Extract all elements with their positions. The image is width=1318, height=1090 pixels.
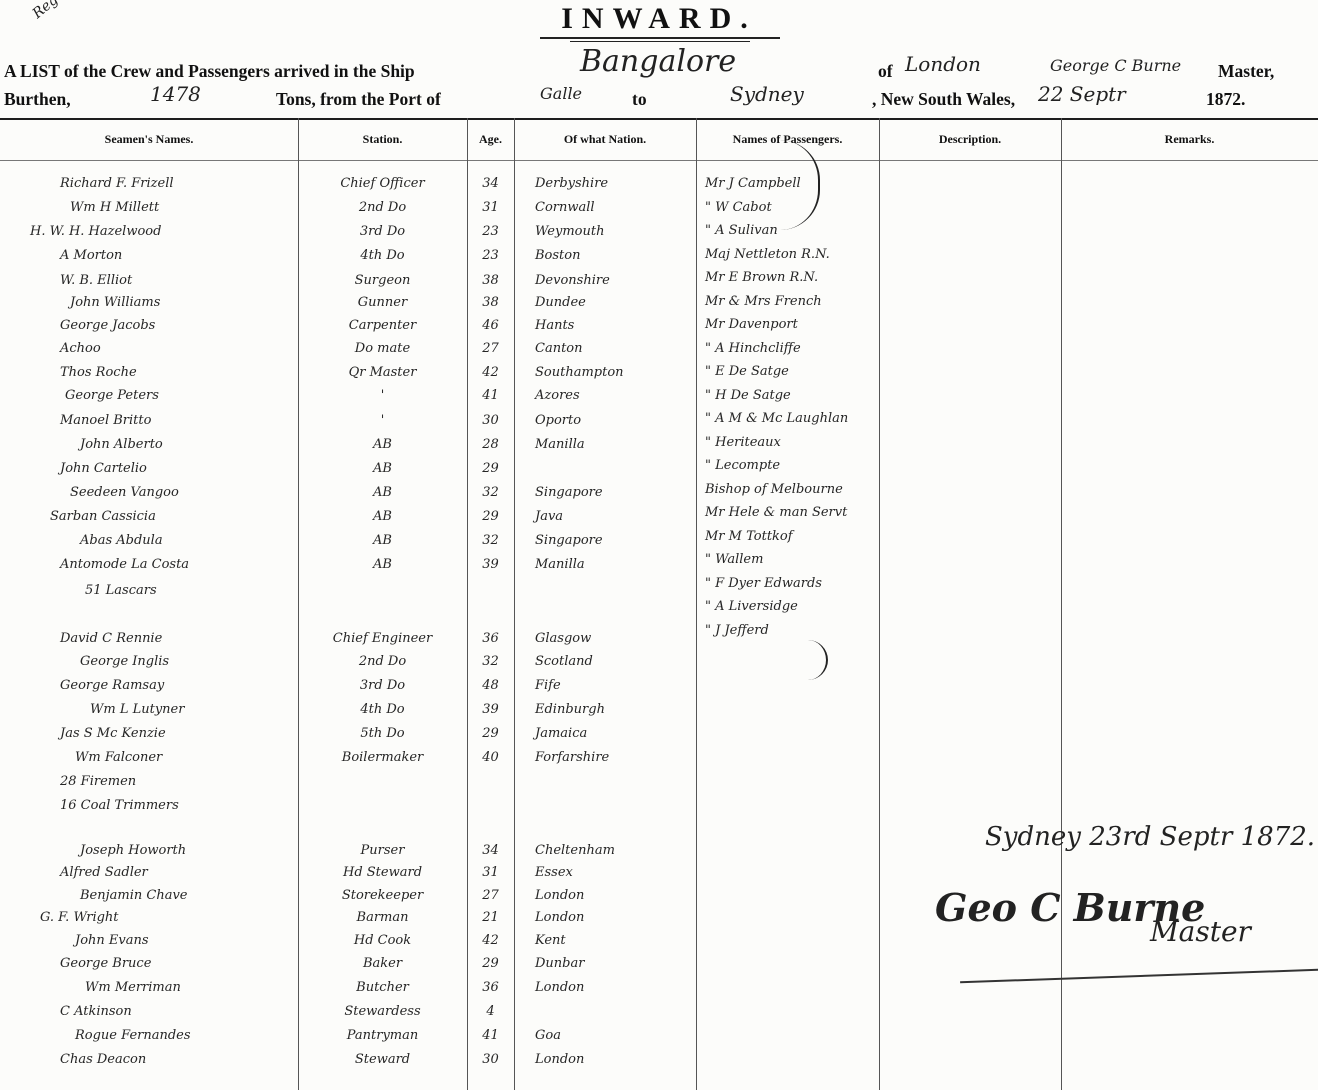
column-header-nation: Of what Nation. [514,132,696,147]
crew-station: Chief Officer [298,176,467,191]
passenger-name: " Wallem [705,552,763,567]
crew-nation: Edinburgh [535,702,605,717]
crew-nation: Glasgow [535,631,591,646]
crew-age: 29 [467,461,514,476]
crew-age: 41 [467,388,514,403]
column-header-seamen-names: Seamen's Names. [0,132,298,147]
crew-name: C Atkinson [60,1004,132,1019]
passenger-name: " E De Satge [705,364,789,379]
crew-nation: Azores [535,388,580,403]
crew-age: 34 [467,843,514,858]
crew-age: 32 [467,485,514,500]
passenger-bracket-mark [800,640,828,680]
crew-station: AB [298,533,467,548]
signature-place-date: Sydney 23rd Septr 1872. [985,822,1315,852]
crew-age: 38 [467,273,514,288]
tons-from-port-label: Tons, from the Port of [276,89,441,110]
column-divider [1061,118,1062,1090]
crew-nation: Dundee [535,295,586,310]
crew-age: 48 [467,678,514,693]
crew-station: Butcher [298,980,467,995]
crew-station: AB [298,485,467,500]
crew-station: Pantryman [298,1028,467,1043]
crew-nation: Scotland [535,654,593,669]
crew-nation: London [535,888,584,903]
column-divider [879,118,880,1090]
crew-station: 2nd Do [298,654,467,669]
crew-station: Gunner [298,295,467,310]
crew-nation: Jamaica [535,726,587,741]
master-name: George C Burne [1050,56,1181,75]
crew-name: Sarban Cassicia [50,509,156,524]
passenger-name: " F Dyer Edwards [705,576,822,591]
arrival-date: 22 Septr [1038,82,1126,106]
crew-name: Alfred Sadler [60,865,148,880]
crew-age: 39 [467,557,514,572]
crew-age: 38 [467,295,514,310]
column-header-station: Station. [298,132,467,147]
crew-name: 28 Firemen [60,774,136,789]
crew-nation: Weymouth [535,224,604,239]
crew-passenger-manifest: Reg 24 / 1863 INWARD. A LIST of the Crew… [0,0,1318,1090]
crew-nation: Fife [535,678,561,693]
crew-nation: Java [535,509,563,524]
passenger-name: Bishop of Melbourne [705,482,843,497]
crew-nation: London [535,910,584,925]
crew-age: 46 [467,318,514,333]
crew-nation: Derbyshire [535,176,608,191]
crew-name: W. B. Elliot [60,273,132,288]
table-top-rule [0,118,1318,120]
region-label: , New South Wales, [872,89,1015,110]
crew-age: 32 [467,654,514,669]
crew-name: Seedeen Vangoo [70,485,179,500]
crew-name: Antomode La Costa [60,557,189,572]
passenger-name: " A Liversidge [705,599,798,614]
crew-name: Wm L Lutyner [90,702,184,717]
crew-station: Carpenter [298,318,467,333]
burthen-label: Burthen, [4,89,71,110]
crew-nation: Southampton [535,365,624,380]
crew-name: George Ramsay [60,678,164,693]
crew-name: Abas Abdula [80,533,163,548]
crew-station: 5th Do [298,726,467,741]
crew-name: Chas Deacon [60,1052,146,1067]
crew-nation: Goa [535,1028,561,1043]
crew-nation: Kent [535,933,566,948]
crew-age: 23 [467,224,514,239]
crew-station: 2nd Do [298,200,467,215]
crew-name: Wm Merriman [85,980,181,995]
crew-station: Surgeon [298,273,467,288]
crew-name: 51 Lascars [85,583,157,598]
passenger-name: " A M & Mc Laughlan [705,411,848,426]
crew-name: George Peters [65,388,159,403]
crew-nation: Dunbar [535,956,584,971]
passenger-name: " J Jefferd [705,623,769,638]
crew-station: Stewardess [298,1004,467,1019]
crew-nation: Oporto [535,413,581,428]
crew-age: 31 [467,200,514,215]
crew-name: A Morton [60,248,122,263]
crew-age: 4 [467,1004,514,1019]
title-underline-thin [570,41,750,42]
crew-station: Purser [298,843,467,858]
crew-name: Wm Falconer [75,750,162,765]
crew-age: 34 [467,176,514,191]
crew-nation: Forfarshire [535,750,609,765]
crew-name: Richard F. Frizell [60,176,174,191]
passenger-name: " Lecompte [705,458,780,473]
departure-port: Galle [540,84,582,103]
crew-age: 32 [467,533,514,548]
passenger-name: Mr E Brown R.N. [705,270,818,285]
passenger-name: Mr M Tottkof [705,529,793,544]
crew-age: 40 [467,750,514,765]
master-label: Master, [1218,61,1274,82]
crew-station: Barman [298,910,467,925]
crew-age: 21 [467,910,514,925]
crew-station: Do mate [298,341,467,356]
destination-port: Sydney [730,82,804,106]
passenger-name: Maj Nettleton R.N. [705,247,830,262]
crew-age: 30 [467,1052,514,1067]
crew-station: AB [298,509,467,524]
home-port: London [905,52,981,76]
crew-station: AB [298,461,467,476]
crew-age: 30 [467,413,514,428]
crew-age: 28 [467,437,514,452]
crew-station: Hd Steward [298,865,467,880]
crew-station: 4th Do [298,248,467,263]
crew-age: 29 [467,956,514,971]
crew-name: Benjamin Chave [80,888,188,903]
crew-station: Boilermaker [298,750,467,765]
crew-name: John Cartelio [60,461,147,476]
crew-age: 27 [467,888,514,903]
crew-name: George Inglis [80,654,169,669]
crew-name: 16 Coal Trimmers [60,798,179,813]
crew-station: Baker [298,956,467,971]
crew-nation: Essex [535,865,573,880]
column-header-description: Description. [879,132,1061,147]
crew-nation: Boston [535,248,580,263]
crew-name: Joseph Howorth [80,843,186,858]
crew-name: Manoel Britto [60,413,151,428]
passenger-name: Mr & Mrs French [705,294,822,309]
crew-nation: Manilla [535,437,585,452]
crew-name: H. W. H. Hazelwood [30,224,161,239]
crew-name: Thos Roche [60,365,137,380]
crew-name: John Evans [75,933,149,948]
crew-age: 42 [467,365,514,380]
crew-station: Storekeeper [298,888,467,903]
crew-station: 3rd Do [298,678,467,693]
column-divider [696,118,697,1090]
crew-age: 36 [467,631,514,646]
crew-age: 41 [467,1028,514,1043]
passenger-name: Mr Hele & man Servt [705,505,847,520]
crew-station: ' [298,413,467,428]
column-header-age: Age. [467,132,514,147]
crew-name: Achoo [60,341,101,356]
arrival-year: 1872. [1206,89,1245,110]
passenger-name: " A Hinchcliffe [705,341,801,356]
crew-station: 3rd Do [298,224,467,239]
crew-name: David C Rennie [60,631,162,646]
crew-name: John Williams [70,295,160,310]
crew-station: Qr Master [298,365,467,380]
crew-age: 29 [467,726,514,741]
crew-name: Jas S Mc Kenzie [60,726,166,741]
crew-name: George Jacobs [60,318,155,333]
crew-age: 23 [467,248,514,263]
crew-nation: Cornwall [535,200,595,215]
crew-nation: London [535,980,584,995]
crew-nation: Singapore [535,533,603,548]
crew-station: Steward [298,1052,467,1067]
passenger-bracket-mark [760,140,820,230]
to-label: to [632,89,647,110]
crew-station: AB [298,437,467,452]
column-divider [514,118,515,1090]
crew-nation: Canton [535,341,583,356]
crew-nation: London [535,1052,584,1067]
crew-nation: Cheltenham [535,843,615,858]
crew-station: Hd Cook [298,933,467,948]
crew-name: George Bruce [60,956,151,971]
crew-age: 27 [467,341,514,356]
crew-age: 39 [467,702,514,717]
crew-station: ' [298,388,467,403]
crew-station: 4th Do [298,702,467,717]
passenger-name: " Heriteaux [705,435,781,450]
crew-nation: Singapore [535,485,603,500]
crew-name: Wm H Millett [70,200,159,215]
crew-name: John Alberto [80,437,163,452]
title-underline [540,37,780,39]
crew-name: G. F. Wright [40,910,119,925]
crew-nation: Manilla [535,557,585,572]
signature-title: Master [1150,915,1251,948]
crew-station: AB [298,557,467,572]
column-header-rule [0,160,1318,161]
crew-age: 36 [467,980,514,995]
signature-flourish [960,969,1318,984]
crew-name: Rogue Fernandes [75,1028,191,1043]
crew-age: 31 [467,865,514,880]
of-label: of [878,61,893,82]
passenger-name: Mr Davenport [705,317,798,332]
passenger-name: " H De Satge [705,388,791,403]
document-title: INWARD. [0,2,1318,36]
crew-age: 29 [467,509,514,524]
column-header-remarks: Remarks. [1061,132,1318,147]
tonnage-value: 1478 [150,82,201,106]
ship-name: Bangalore [580,44,736,79]
crew-nation: Hants [535,318,574,333]
crew-station: Chief Engineer [298,631,467,646]
crew-age: 42 [467,933,514,948]
header-list-label: A LIST of the Crew and Passengers arrive… [4,61,415,82]
crew-nation: Devonshire [535,273,610,288]
